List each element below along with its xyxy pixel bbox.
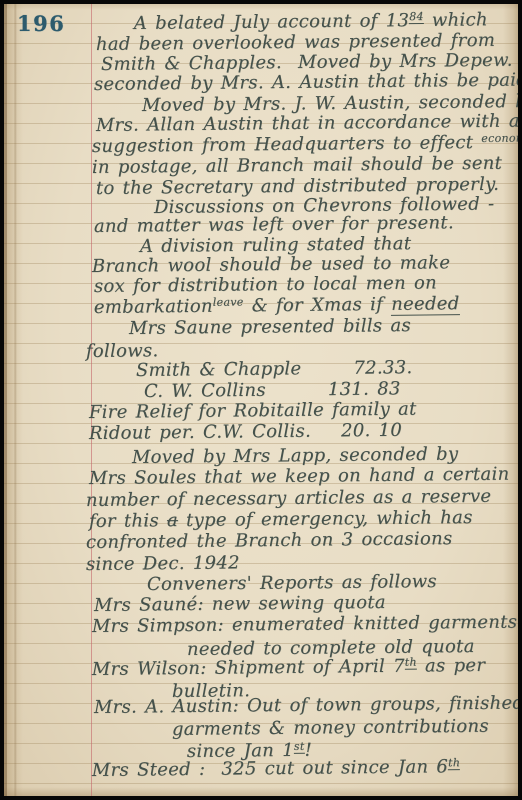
handwritten-text-segment: as per xyxy=(417,655,486,677)
handwritten-text-segment: 72.33. xyxy=(353,357,412,379)
handwritten-text-segment: st xyxy=(294,740,305,754)
handwritten-text-segment: needed xyxy=(391,293,460,316)
handwritten-text-segment: th xyxy=(405,656,417,670)
handwritten-text-segment: Mrs Steed : 325 cut out since Jan 6 xyxy=(92,756,448,781)
notebook-page: 196 A belated July account of 1384 which… xyxy=(4,4,518,796)
handwritten-line: Mrs Steed : 325 cut out since Jan 6th xyxy=(92,757,461,783)
handwritten-text-segment: th xyxy=(448,756,460,770)
handwritten-text-segment: Mrs Simpson: enumerated knitted garments xyxy=(92,612,518,637)
handwritten-text-segment: & for Xmas if xyxy=(244,294,392,317)
handwritten-line: garments & money contributions xyxy=(172,717,489,740)
handwritten-line: Mrs Saune presented bills as xyxy=(129,316,411,339)
handwritten-text-segment: C. W. Collins xyxy=(144,380,266,402)
handwritten-text-segment: Smith & Chapple xyxy=(136,358,302,381)
handwritten-line: Smith & Chapple72.33. xyxy=(136,358,413,381)
handwritten-text-segment: embarkation xyxy=(94,296,213,318)
handwritten-text-segment: 20. 10 xyxy=(341,420,402,442)
handwritten-text-segment: since Dec. 1942 xyxy=(86,552,240,575)
handwritten-text-segment: Conveners' Reports as follows xyxy=(147,571,437,595)
handwritten-text-segment: Ridout per. C.W. Collis. xyxy=(89,421,311,444)
handwriting-layer: A belated July account of 1384 whichhad … xyxy=(4,4,518,796)
handwritten-text-segment: economy xyxy=(481,131,522,145)
handwritten-text-segment: Mrs Soules that we keep on hand a certai… xyxy=(89,464,510,489)
handwritten-line: Conveners' Reports as follows xyxy=(147,572,437,595)
handwritten-line: Mrs Wilson: Shipment of April 7th as per xyxy=(92,656,486,682)
handwritten-text-segment: Mrs. A. Austin: Out of town groups, fini… xyxy=(94,692,522,718)
handwritten-text-segment: a xyxy=(167,510,178,531)
handwritten-line: Ridout per. C.W. Collis.20. 10 xyxy=(89,421,402,444)
handwritten-text-segment: for this xyxy=(89,510,167,532)
handwritten-text-segment: 131. 83 xyxy=(328,378,401,400)
handwritten-text-segment: confronted the Branch on 3 occasions xyxy=(86,528,453,553)
handwritten-text-segment: 84 xyxy=(409,10,424,24)
handwritten-line: Mrs. A. Austin: Out of town groups, fini… xyxy=(94,693,522,718)
handwritten-text-segment: leave xyxy=(213,295,244,308)
handwritten-text-segment: which xyxy=(424,9,488,31)
handwritten-line: Mrs Simpson: enumerated knitted garments xyxy=(92,613,518,637)
handwritten-line: confronted the Branch on 3 occasions xyxy=(86,529,453,553)
handwritten-line: since Dec. 1942 xyxy=(86,553,240,575)
photo-frame: 196 A belated July account of 1384 which… xyxy=(0,0,522,800)
handwritten-text-segment: follows. xyxy=(86,340,159,362)
handwritten-text-segment: garments & money contributions xyxy=(172,716,489,740)
handwritten-text-segment: Mrs Wilson: Shipment of April 7 xyxy=(92,656,405,680)
handwritten-text-segment: Mrs Saune presented bills as xyxy=(129,315,411,339)
